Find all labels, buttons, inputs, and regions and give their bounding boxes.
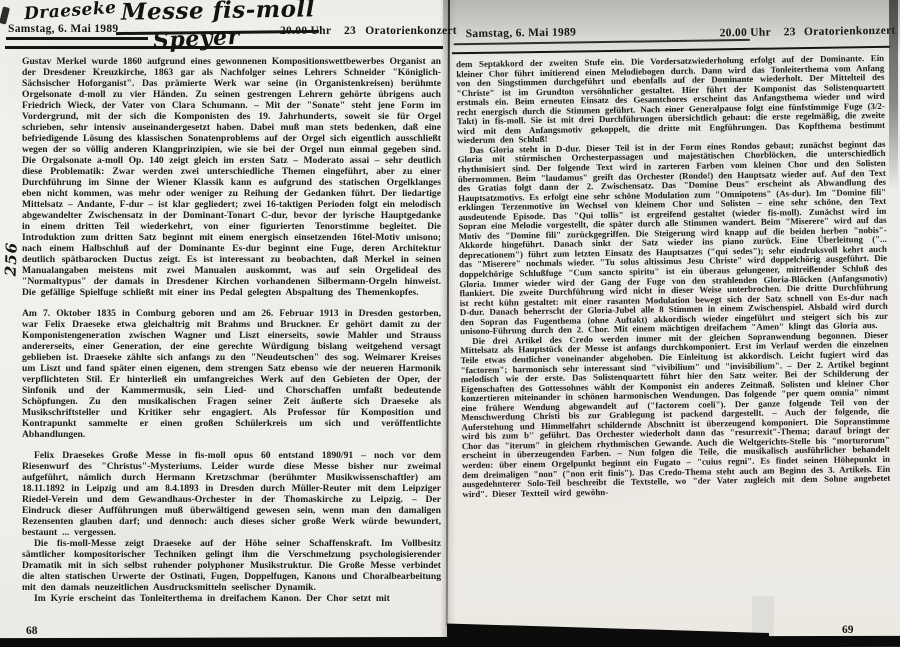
body-text-right: dem Septakkord der zweiten Stufe ein. Di… xyxy=(456,54,890,499)
body-text-left: Gustav Merkel wurde 1860 aufgrund eines … xyxy=(22,56,441,604)
time-right: 20.00 Uhr xyxy=(720,27,771,40)
paragraph: Die drei Artikel des Credo werden immer … xyxy=(460,331,890,500)
date-underline-right xyxy=(454,39,750,45)
handwritten-work-title: Messe fis-moll xyxy=(121,0,315,26)
scan-artifact-right-edge-streak xyxy=(889,0,898,190)
paragraph: Felix Draesekes Große Messe in fis-moll … xyxy=(22,450,441,538)
paragraph: Das Gloria steht in D-dur. Dieser Teil i… xyxy=(457,140,888,337)
concert-label-left: 23 Oratorienkonzert xyxy=(344,25,457,37)
scan-artifact-bottom-band xyxy=(0,636,900,647)
handwritten-location: Speyer xyxy=(152,24,240,54)
paragraph: Die fis-moll-Messe zeigt Draeseke auf de… xyxy=(22,538,441,593)
page-right: Samstag, 6. Mai 1989 20.00 Uhr 23 Orator… xyxy=(447,0,900,647)
time-left: 20.00 Uhr xyxy=(280,25,331,37)
date-right: Samstag, 6. Mai 1989 xyxy=(466,26,577,40)
paragraph: Gustav Merkel wurde 1860 aufgrund eines … xyxy=(22,56,441,298)
handwritten-margin-note: 256 xyxy=(2,242,21,277)
page-number-right: 69 xyxy=(842,624,854,636)
date-underline-left xyxy=(6,37,148,40)
paragraph: Am 7. Oktober 1835 in Comburg geboren un… xyxy=(22,308,441,440)
paragraph: Im Kyrie erscheint das Tonleiterthema in… xyxy=(22,593,441,604)
header-rule-left xyxy=(5,46,443,49)
page-number-left: 68 xyxy=(26,625,38,637)
date-left: Samstag, 6. Mai 1989 xyxy=(8,23,118,35)
concert-label-right: 23 Oratorienkonzert xyxy=(784,25,896,39)
paragraph: dem Septakkord der zweiten Stufe ein. Di… xyxy=(456,54,885,146)
